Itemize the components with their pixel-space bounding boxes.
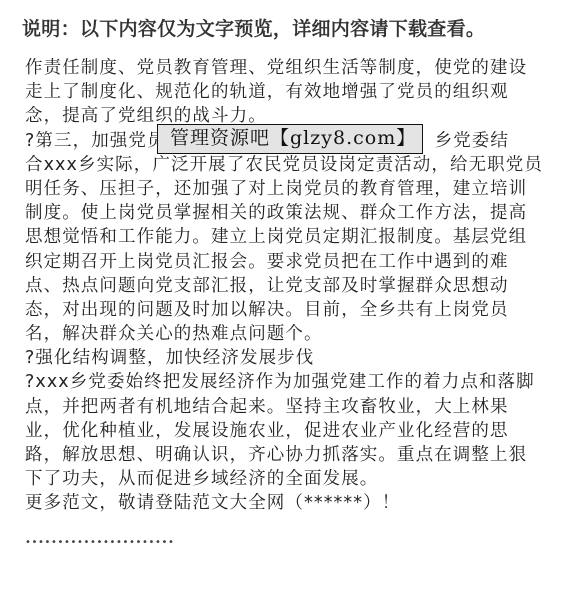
watermark-banner: 管理资源吧【glzy8.com】 (157, 124, 423, 154)
document-line: 点、热点问题向党支部汇报，让党支部及时掌握群众思想动 (25, 274, 555, 298)
document-line: 作责任制度、党员教育管理、党组织生活等制度，使党的建设 (25, 56, 555, 80)
trailing-dots-divider: ••••••••••••••••••••••• (25, 537, 174, 548)
document-line: 路，解放思想、明确认识，齐心协力抓落实。重点在调整上狠 (25, 443, 555, 467)
document-line: 下了功夫，从而促进乡域经济的全面发展。 (25, 467, 555, 491)
document-line: 思想觉悟和工作能力。建立上岗党员定期汇报制度。基层党组 (25, 225, 555, 249)
document-line: 名，解决群众关心的热难点问题个。 (25, 322, 555, 346)
document-line: 走上了制度化、规范化的轨道，有效地增强了党员的组织观 (25, 80, 555, 104)
document-line: 业，优化种植业，发展设施农业，促进农业产业化经营的思 (25, 419, 555, 443)
document-line: 合xxx乡实际，广泛开展了农民党员设岗定责活动，给无职党员 (25, 153, 555, 177)
document-line: 明任务、压担子，还加强了对上岗党员的教育管理，建立培训 (25, 177, 555, 201)
document-line: ?强化结构调整，加快经济发展步伐 (25, 346, 555, 370)
document-line: 点，并把两者有机地结合起来。坚持主攻畜牧业，大上林果 (25, 395, 555, 419)
document-line: ?xxx乡党委始终把发展经济作为加强党建工作的着力点和落脚 (25, 370, 555, 394)
document-line: 更多范文，敬请登陆范文大全网（******）！ (25, 491, 555, 515)
document-line: 制度。使上岗党员掌握相关的政策法规、群众工作方法，提高 (25, 201, 555, 225)
preview-notice: 说明：以下内容仅为文字预览，详细内容请下载查看。 (22, 14, 485, 41)
document-line: 态，对出现的问题及时加以解决。目前，全乡共有上岗党员 (25, 298, 555, 322)
document-line: 织定期召开上岗党员汇报会。要求党员把在工作中遇到的难 (25, 250, 555, 274)
